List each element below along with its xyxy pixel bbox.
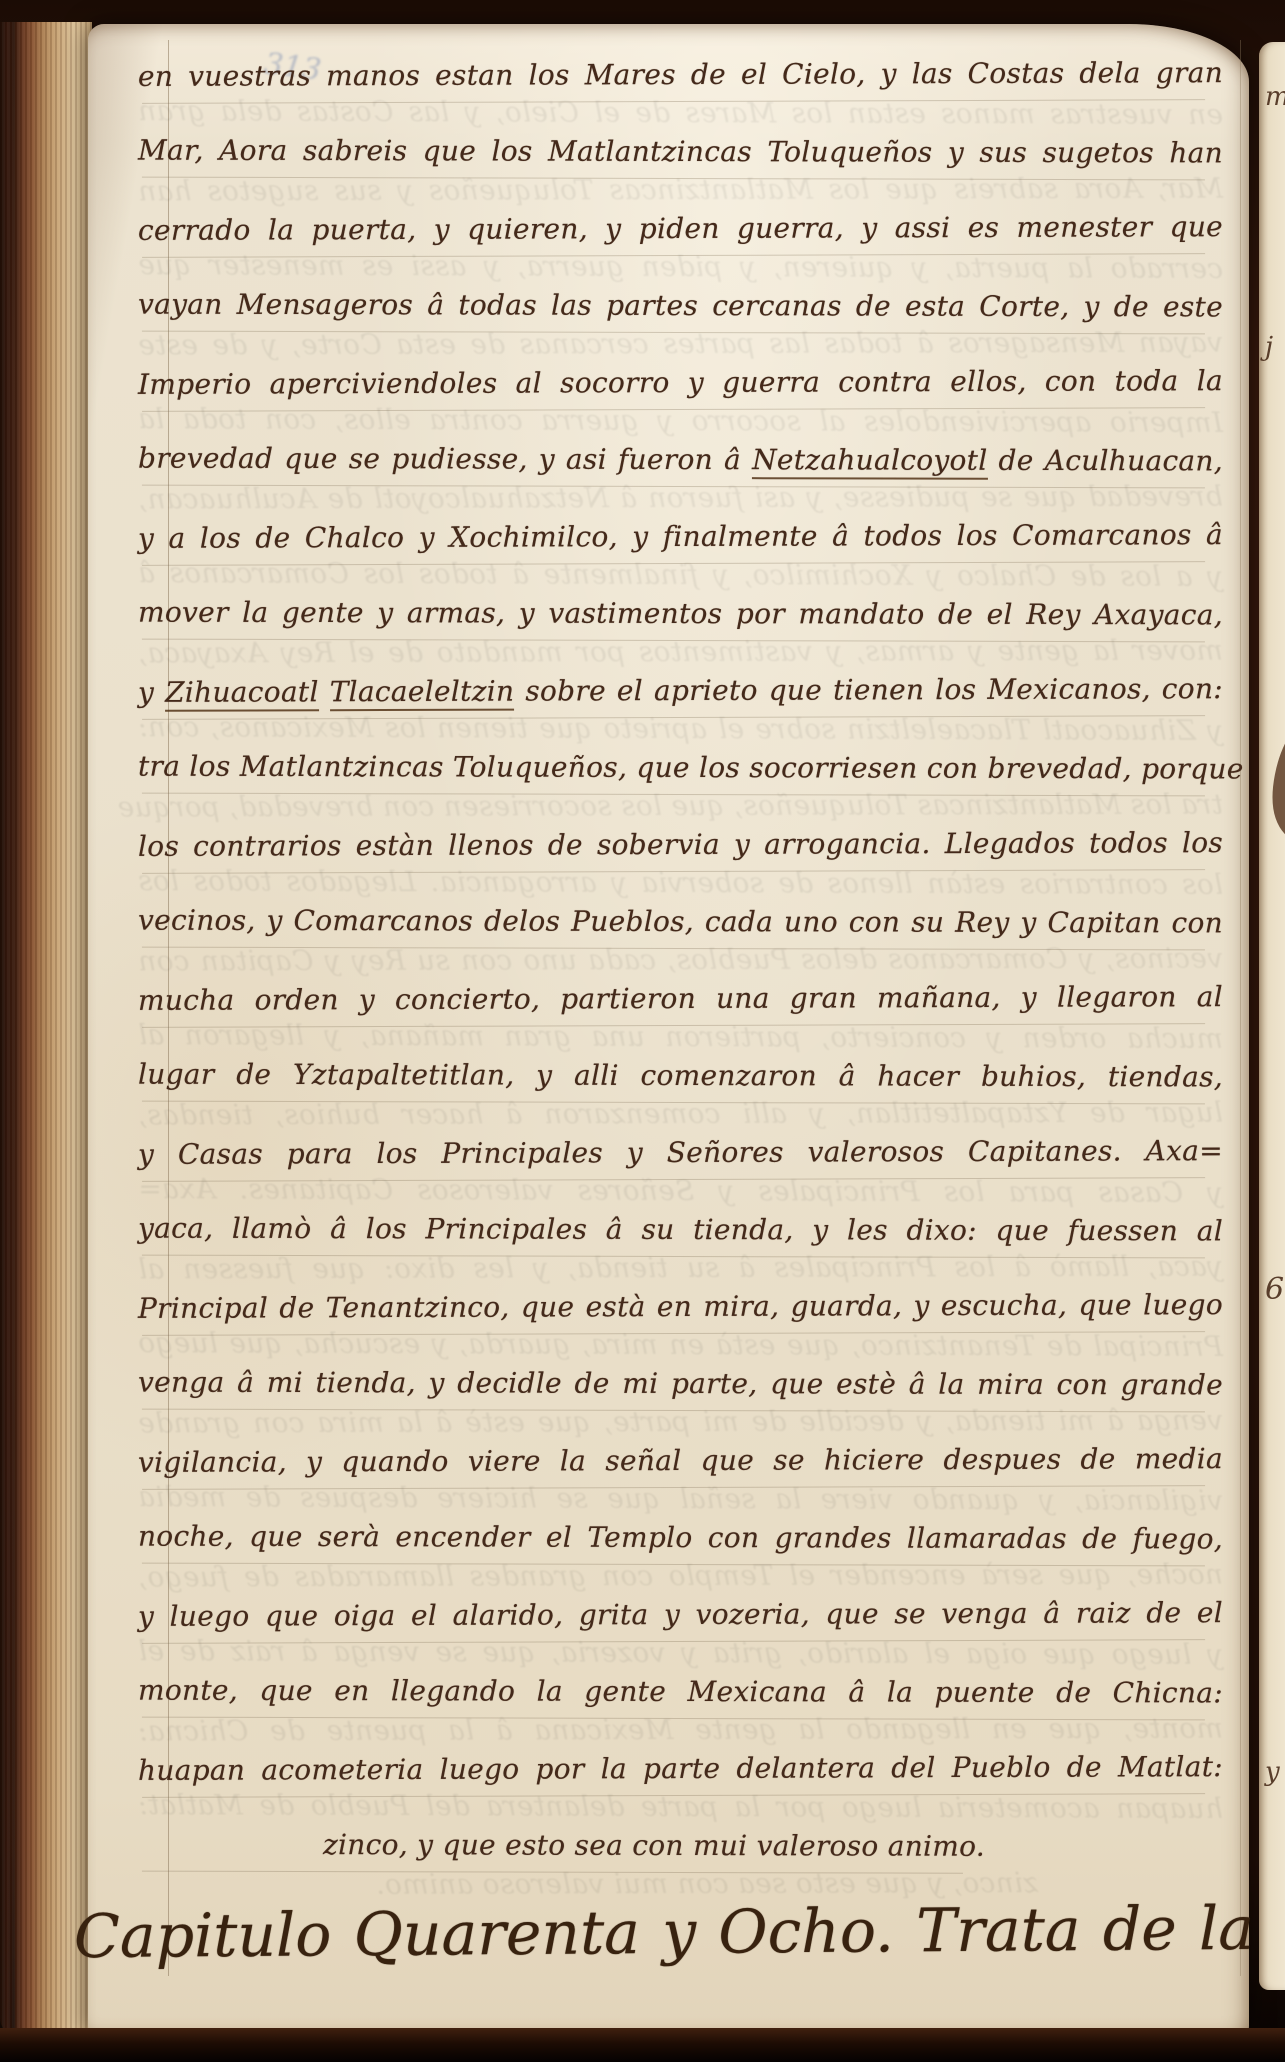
text-segment: tra los Matlantzincas Toluqueños, que lo… bbox=[138, 750, 1244, 786]
facing-page-sliver: mj(6y bbox=[1259, 42, 1285, 1990]
text-segment: cerrado la puerta, y quieren, y piden gu… bbox=[138, 210, 1223, 247]
text-segment: de Aculhuacan, bbox=[987, 444, 1223, 478]
underlined-proper-name: Tlacaeleltzin bbox=[330, 675, 515, 712]
text-segment: venga â mi tienda, y decidle de mi parte… bbox=[138, 1366, 1223, 1402]
manuscript-line: Mar, Aora sabreis que los Matlantzincas … bbox=[138, 112, 1223, 192]
manuscript-line: en vuestras manos estan los Mares de el … bbox=[138, 34, 1223, 115]
facing-page-letter-fragment: m bbox=[1265, 82, 1285, 112]
right-margin-rule bbox=[1240, 40, 1241, 1976]
underlined-proper-name: Netzahualcoyotl bbox=[752, 443, 987, 480]
manuscript-line: cerrado la puerta, y quieren, y piden gu… bbox=[138, 188, 1223, 269]
text-segment: vecinos, y Comarcanos delos Pueblos, cad… bbox=[138, 904, 1223, 940]
manuscript-text-block: en vuestras manos estan los Mares de el … bbox=[138, 36, 1223, 1886]
text-segment: huapan acometeria luego por la parte del… bbox=[138, 1750, 1223, 1787]
text-segment bbox=[319, 675, 330, 708]
text-segment: brevedad que se pudiesse, y asi fueron â bbox=[138, 442, 752, 477]
text-segment: los contrarios estàn llenos de sobervia … bbox=[138, 826, 1223, 863]
manuscript-line: huapan acometeria luego por la parte del… bbox=[138, 1728, 1223, 1809]
text-segment: monte, que en llegando la gente Mexicana… bbox=[138, 1674, 1223, 1710]
text-segment: Principal de Tenantzinco, que està en mi… bbox=[138, 1288, 1223, 1325]
manuscript-line: zinco, y que esto sea con mui valeroso a… bbox=[138, 1806, 1223, 1886]
spine-page-edges bbox=[0, 22, 92, 2036]
manuscript-line: vigilancia, y quando viere la señal que … bbox=[138, 1420, 1223, 1501]
manuscript-page: 313 en vuestras manos estan los Mares de… bbox=[88, 24, 1249, 2036]
manuscript-line: venga â mi tienda, y decidle de mi parte… bbox=[138, 1344, 1223, 1424]
manuscript-line: noche, que serà encender el Templo con g… bbox=[138, 1498, 1223, 1578]
text-segment: lugar de Yztapaltetitlan, y alli comenza… bbox=[138, 1058, 1223, 1094]
manuscript-line: tra los Matlantzincas Toluqueños, que lo… bbox=[138, 728, 1223, 808]
text-segment: vayan Mensageros â todas las partes cerc… bbox=[138, 288, 1223, 324]
manuscript-line: los contrarios estàn llenos de sobervia … bbox=[138, 804, 1223, 885]
binding-bottom bbox=[0, 2028, 1285, 2062]
manuscript-line: monte, que en llegando la gente Mexicana… bbox=[138, 1652, 1223, 1732]
text-segment: yaca, llamò â los Principales â su tiend… bbox=[138, 1212, 1223, 1248]
facing-page-letter-fragment: 6 bbox=[1265, 1272, 1284, 1307]
text-segment: y Casas para los Principales y Señores v… bbox=[138, 1134, 1223, 1171]
manuscript-line: y Casas para los Principales y Señores v… bbox=[138, 1112, 1223, 1193]
manuscript-photo: 313 en vuestras manos estan los Mares de… bbox=[0, 0, 1285, 2062]
manuscript-line: y luego que oiga el alarido, grita y voz… bbox=[138, 1574, 1223, 1655]
manuscript-line: y Zihuacoatl Tlacaeleltzin sobre el apri… bbox=[138, 650, 1223, 731]
text-segment: y luego que oiga el alarido, grita y voz… bbox=[138, 1596, 1223, 1633]
text-segment: noche, que serà encender el Templo con g… bbox=[138, 1520, 1223, 1556]
text-segment: Mar, Aora sabreis que los Matlantzincas … bbox=[138, 134, 1223, 170]
text-segment: y bbox=[138, 676, 165, 709]
text-segment: mucha orden y concierto, partieron una g… bbox=[138, 980, 1223, 1017]
text-segment: Imperio aperciviendoles al socorro y gue… bbox=[138, 364, 1223, 401]
facing-page-letter-fragment: ( bbox=[1263, 682, 1285, 856]
facing-page-letter-fragment: j bbox=[1265, 332, 1273, 362]
text-segment: mover la gente y armas, y vastimentos po… bbox=[138, 596, 1223, 632]
text-segment: y a los de Chalco y Xochimilco, y finalm… bbox=[138, 518, 1223, 555]
manuscript-line: vayan Mensageros â todas las partes cerc… bbox=[138, 266, 1223, 346]
manuscript-line: lugar de Yztapaltetitlan, y alli comenza… bbox=[138, 1036, 1223, 1116]
text-segment: en vuestras manos estan los Mares de el … bbox=[138, 56, 1223, 93]
chapter-heading: Capitulo Quarenta y Ocho. Trata de la bbox=[74, 1874, 1255, 1992]
manuscript-line: Imperio aperciviendoles al socorro y gue… bbox=[138, 342, 1223, 423]
text-segment: vigilancia, y quando viere la señal que … bbox=[138, 1442, 1223, 1479]
facing-page-letter-fragment: y bbox=[1265, 1757, 1280, 1787]
text-segment: zinco, y que esto sea con mui valeroso a… bbox=[323, 1828, 985, 1863]
manuscript-line: Principal de Tenantzinco, que està en mi… bbox=[138, 1266, 1223, 1347]
manuscript-line: mover la gente y armas, y vastimentos po… bbox=[138, 574, 1223, 654]
manuscript-line: y a los de Chalco y Xochimilco, y finalm… bbox=[138, 496, 1223, 577]
text-segment: sobre el aprieto que tienen los Mexicano… bbox=[514, 672, 1223, 707]
manuscript-line: yaca, llamò â los Principales â su tiend… bbox=[138, 1190, 1223, 1270]
underlined-proper-name: Zihuacoatl bbox=[165, 675, 319, 712]
manuscript-line: brevedad que se pudiesse, y asi fueron â… bbox=[138, 420, 1223, 500]
manuscript-line: mucha orden y concierto, partieron una g… bbox=[138, 958, 1223, 1039]
manuscript-line: vecinos, y Comarcanos delos Pueblos, cad… bbox=[138, 882, 1223, 962]
